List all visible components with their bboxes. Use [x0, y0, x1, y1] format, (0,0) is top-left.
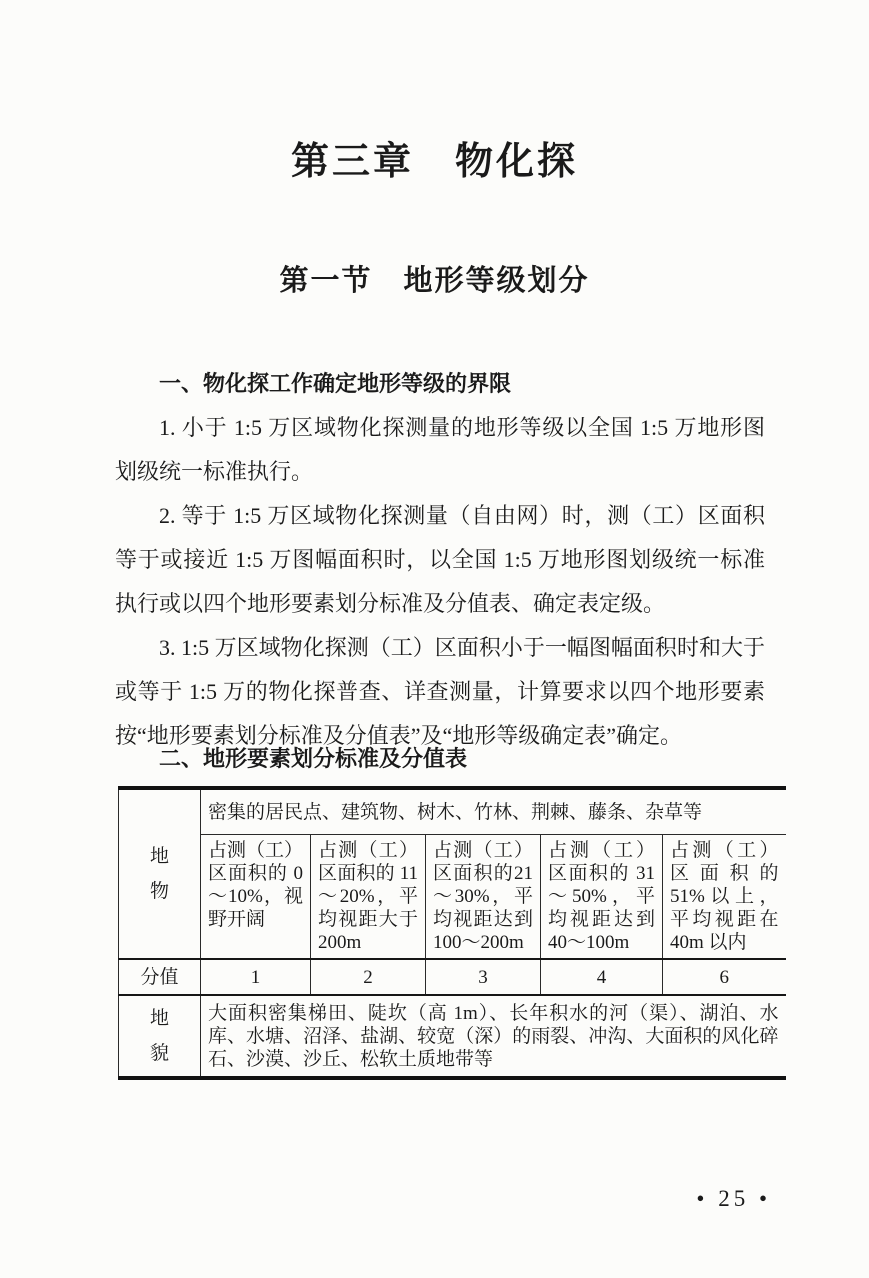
row-header-score: 分值	[119, 959, 201, 995]
diwu-cell-4: 占测（工）区面积的 31～50%，平均视距达到 40～100m	[541, 835, 663, 960]
paragraph-1: 1. 小于 1:5 万区域物化探测量的地形等级以全国 1:5 万地形图划级统一标…	[115, 406, 765, 494]
body-text-block: 一、物化探工作确定地形等级的界限 1. 小于 1:5 万区域物化探测量的地形等级…	[115, 362, 765, 758]
section-title: 第一节 地形等级划分	[0, 258, 869, 299]
score-cell-3: 3	[426, 959, 541, 995]
diwu-cell-5: 占测（工）区面积的51%以上，平均视距在 40m 以内	[663, 835, 786, 960]
heading-terrain-grade-limits: 一、物化探工作确定地形等级的界限	[115, 362, 765, 406]
terrain-factor-score-table: 地物 密集的居民点、建筑物、树木、竹林、荆棘、藤条、杂草等 占测（工）区面积的 …	[118, 786, 786, 1080]
row-header-diwu: 地物	[119, 788, 201, 959]
diwu-cell-1: 占测（工）区面积的 0～10%，视野开阔	[201, 835, 311, 960]
table-row-scores: 分值 1 2 3 4 6	[119, 959, 786, 995]
score-cell-2: 2	[311, 959, 426, 995]
table-row-diwu-header: 地物 密集的居民点、建筑物、树木、竹林、荆棘、藤条、杂草等	[119, 788, 786, 835]
table-row-dimao: 地貌 大面积密集梯田、陡坎（高 1m）、长年积水的河（渠）、湖泊、水库、水塘、沼…	[119, 995, 786, 1078]
paragraph-2: 2. 等于 1:5 万区域物化探测量（自由网）时，测（工）区面积等于或接近 1:…	[115, 494, 765, 626]
diwu-cell-3: 占测（工）区面积的21～30%，平均视距达到100～200m	[426, 835, 541, 960]
paragraph-3: 3. 1:5 万区域物化探测（工）区面积小于一幅图幅面积时和大于或等于 1:5 …	[115, 626, 765, 758]
table-row-diwu-descriptions: 占测（工）区面积的 0～10%，视野开阔 占测（工）区面积的 11～20%，平均…	[119, 835, 786, 960]
heading-terrain-factor-table: 二、地形要素划分标准及分值表	[159, 744, 467, 774]
score-cell-5: 6	[663, 959, 786, 995]
page-number: • 25 •	[696, 1186, 771, 1212]
row-header-diwu-label: 地物	[149, 839, 171, 909]
score-cell-4: 4	[541, 959, 663, 995]
row-header-dimao: 地貌	[119, 995, 201, 1078]
chapter-title: 第三章 物化探	[0, 130, 869, 185]
row-header-dimao-label: 地貌	[149, 1001, 171, 1071]
diwu-cell-2: 占测（工）区面积的 11～20%，平均视距大于 200m	[311, 835, 426, 960]
score-cell-1: 1	[201, 959, 311, 995]
dimao-text-cell: 大面积密集梯田、陡坎（高 1m）、长年积水的河（渠）、湖泊、水库、水塘、沼泽、盐…	[201, 995, 786, 1078]
document-page: 第三章 物化探 第一节 地形等级划分 一、物化探工作确定地形等级的界限 1. 小…	[0, 0, 869, 1278]
diwu-category-header-cell: 密集的居民点、建筑物、树木、竹林、荆棘、藤条、杂草等	[201, 788, 786, 835]
